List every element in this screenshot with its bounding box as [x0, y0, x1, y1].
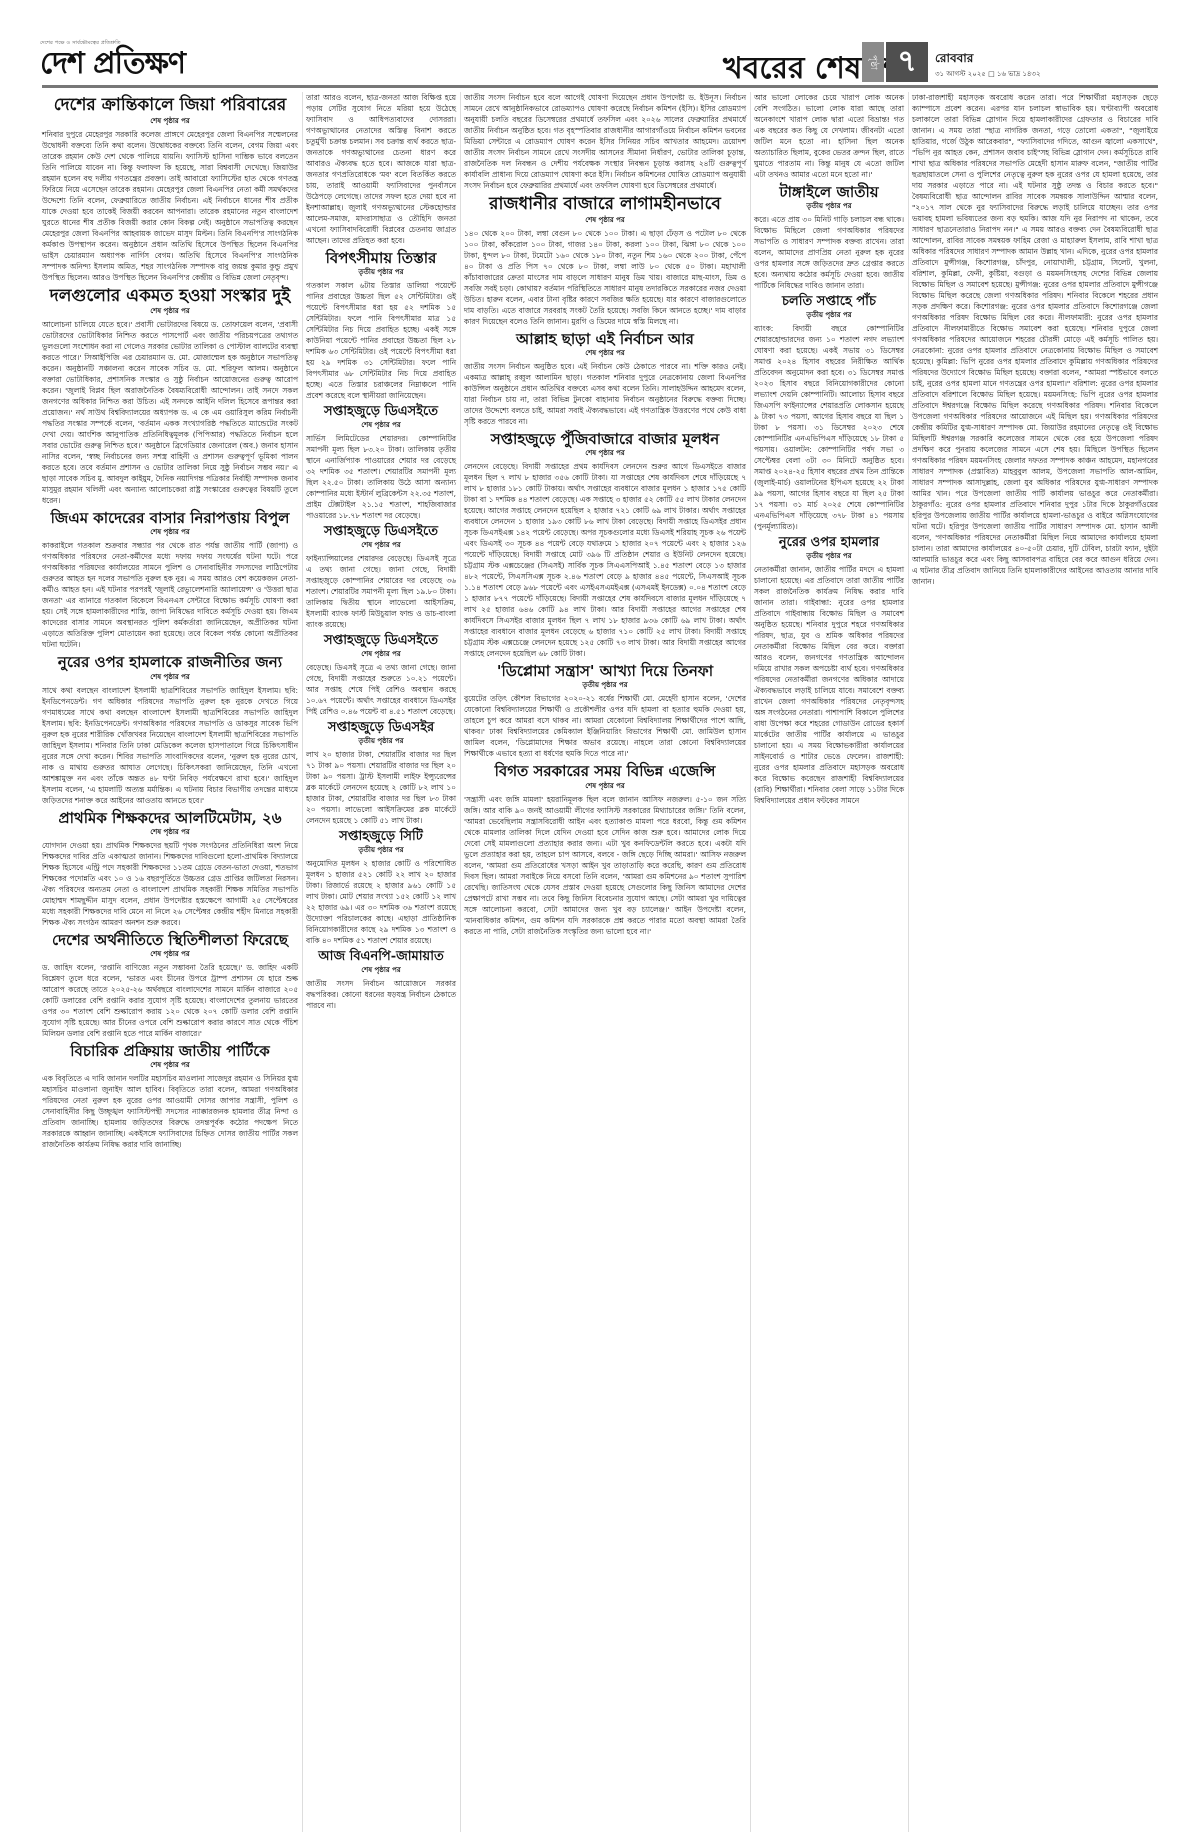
headline: সপ্তাহজুড়ে পুঁজিবাজারে বাজার মূলধন [464, 431, 746, 448]
article-body: গতকাল সকাল ৬টায় তিস্তার ডালিয়া পয়েন্ট… [306, 280, 456, 401]
continued-from: শেষ পৃষ্ঠার পর [42, 306, 298, 317]
article-diploma-terror[interactable]: 'ডিপ্লোমা সন্ত্রাস' আখ্যা দিয়ে তিনফা তৃ… [464, 663, 746, 759]
article-body: লাখ ২০ হাজার টাকা, শেয়ারটির বাজার দর ছি… [306, 749, 456, 826]
article-body: তারা আরও বলেন, ছাত্র-জনতা আজ বিক্ষিপ্ত হ… [306, 92, 456, 246]
article-economy-stability[interactable]: দেশের অর্থনীতিতে স্থিতিশীলতা ফিরেছে শেষ … [42, 932, 298, 1039]
article-body: লেনদেন বেড়েছে। বিদায়ী সপ্তাহের প্রথম ক… [464, 461, 746, 659]
continued-from: শেষ পৃষ্ঠার পর [42, 1060, 298, 1071]
article-body: কাকরাইলে গতকাল শুক্রবার সন্ধ্যার পর থেকে… [42, 540, 298, 650]
continued-from: তৃতীয় পৃষ্ঠার পর [754, 201, 904, 212]
article-body: নেতাকর্মীরা জানান, জাতীয় পার্টির মদদে এ… [754, 564, 904, 806]
article-dse-week-3[interactable]: সপ্তাহজুড়ে ডিএসইতে শেষ পৃষ্ঠার পর বেড়ে… [306, 634, 456, 717]
headline: টাঙ্গাইলে জাতীয় [754, 184, 904, 201]
article-nur-attack-protests[interactable]: নুরের ওপর হামলার তৃতীয় পৃষ্ঠার পর নেতাক… [754, 536, 904, 806]
headline: দলগুলোর একমত হওয়া সংস্কার দুই [42, 287, 298, 307]
issue-date: ৩১ আগস্ট ২০২৫ □ ১৬ ভাদ্র ১৪৩২ [935, 68, 1041, 80]
article-body: সার্ভিস লিমিটেডের শেয়ারদর। কোম্পানিটির … [306, 433, 456, 521]
column-1: দেশের ক্রান্তিকালে জিয়া পরিবারের শেষ পৃ… [42, 92, 298, 1151]
article-body: ব্যাংক: বিদায়ী বছরে কোম্পানিটির শেয়ারহ… [754, 323, 904, 532]
article-dse-week-4[interactable]: সপ্তাহজুড়ে ডিএসইর তৃতীয় পৃষ্ঠার পর লাখ… [306, 721, 456, 826]
article-bnp-jamaat-today[interactable]: আজ বিএনপি-জামায়াত শেষ পৃষ্ঠার পর জাতীয়… [306, 950, 456, 1011]
continued-from: তৃতীয় পৃষ্ঠার পর [306, 845, 456, 856]
article-body: আর ভালো লোকের চেয়ে খারাপ লোক অনেক বেশি … [754, 92, 904, 180]
article-body: সাথে কথা বলছেন বাংলাদেশ ইসলামী ছাত্রশিবি… [42, 685, 298, 806]
continued-from: শেষ পৃষ্ঠার পর [42, 827, 298, 838]
logo-text: দেশ প্রতিক্ষণ [40, 48, 185, 80]
article-teachers-ultimatum[interactable]: প্রাথমিক শিক্ষকদের আলটিমেটাম, ২৬ শেষ পৃষ… [42, 810, 298, 928]
headline: দেশের ক্রান্তিকালে জিয়া পরিবারের [42, 96, 298, 116]
continued-from: শেষ পৃষ্ঠার পর [42, 527, 298, 538]
headline: সপ্তাহজুড়ে সিটি [306, 830, 456, 845]
continued-from: শেষ পৃষ্ঠার পর [464, 348, 746, 359]
continued-from: শেষ পৃষ্ঠার পর [306, 649, 456, 660]
article-body: অনুমোদিত মূলধন ২ হাজার কোটি ও পরিশোধিত ম… [306, 858, 456, 946]
article-body: এক বিবৃতিতে এ দাবি জানান দলটির মহাসচিব ম… [42, 1073, 298, 1150]
headline: চলতি সপ্তাহে পাঁচ [754, 295, 904, 310]
article-body: 'সন্ত্রাসী এবং জঙ্গি মামলা' হয়রানিমূলক … [464, 794, 746, 937]
page-label: পৃষ্ঠা [862, 42, 884, 82]
continued-from: শেষ পৃষ্ঠার পর [464, 448, 746, 459]
column-divider [908, 92, 909, 1832]
article-body: বুয়েটের তড়িৎ কৌশল বিভাগের ২০২০-২১ বর্ষ… [464, 693, 746, 759]
headline: নুরের ওপর হামলাকে রাজনীতির জন্য [42, 654, 298, 671]
column-divider [460, 92, 461, 1832]
article-gm-quader-security[interactable]: জিএম কাদেরের বাসার নিরাপত্তায় বিপুল শেষ… [42, 510, 298, 650]
article-capital-market-prices[interactable]: রাজধানীর বাজারে লাগামহীনভাবে শেষ পৃষ্ঠার… [464, 195, 746, 327]
article-zia-family[interactable]: দেশের ক্রান্তিকালে জিয়া পরিবারের শেষ পৃ… [42, 96, 298, 283]
article-dse-week-1[interactable]: সপ্তাহজুড়ে ডিএসইতে শেষ পৃষ্ঠার পর সার্ভ… [306, 405, 456, 521]
column-3: জাতীয় সংসদ নির্বাচন হবে বলে আগেই ঘোষণা … [464, 92, 746, 938]
issue-day: রোববার [935, 50, 973, 70]
article-previous-govt-agencies[interactable]: বিগত সরকারের সময় বিভিন্ন এজেন্সি শেষ পৃ… [464, 763, 746, 936]
article-body: জাতীয় সংসদ নির্বাচন হবে বলে আগেই ঘোষণা … [464, 92, 746, 191]
continued-from: শেষ পৃষ্ঠার পর [464, 215, 746, 226]
column-2: তারা আরও বলেন, ছাত্র-জনতা আজ বিক্ষিপ্ত হ… [306, 92, 456, 1012]
article-body: শনিবার দুপুরে মেহেরপুর সরকারি কলেজ প্রাঙ… [42, 129, 298, 283]
continued-from: শেষ পৃষ্ঠার পর [464, 781, 746, 792]
headline: দেশের অর্থনীতিতে স্থিতিশীলতা ফিরেছে [42, 932, 298, 949]
article-this-week-five[interactable]: চলতি সপ্তাহে পাঁচ তৃতীয় পৃষ্ঠার পর ব্যা… [754, 295, 904, 532]
headline: বিপৎসীমায় তিস্তার [306, 250, 456, 267]
masthead-rule [42, 85, 1158, 88]
article-dse-week-2[interactable]: সপ্তাহজুড়ে ডিএসইতে শেষ পৃষ্ঠার পর ফাইন্… [306, 525, 456, 630]
column-5: ঢাকা-রাজশাহী মহাসড়ক অবরোধ করেন তারা। পর… [912, 92, 1158, 588]
continued-from: তৃতীয় পৃষ্ঠার পর [306, 267, 456, 278]
newspaper-logo[interactable]: দেশের পক্ষে ও সার্বভৌমত্বের প্রতিশ্রুতি … [40, 40, 185, 80]
continued-from: শেষ পৃষ্ঠার পর [42, 116, 298, 127]
continued-from: তৃতীয় পৃষ্ঠার পর [464, 680, 746, 691]
headline: আজ বিএনপি-জামায়াত [306, 950, 456, 965]
headline: সপ্তাহজুড়ে ডিএসইর [306, 721, 456, 736]
masthead: দেশের পক্ষে ও সার্বভৌমত্বের প্রতিশ্রুতি … [0, 0, 1200, 92]
continued-from: শেষ পৃষ্ঠার পর [306, 420, 456, 431]
article-body: জাতীয় সংসদ নির্বাচন আয়োজনে সরকার বদ্ধপ… [306, 978, 456, 1011]
headline: জিএম কাদেরের বাসার নিরাপত্তায় বিপুল [42, 510, 298, 527]
article-teesta-danger[interactable]: বিপৎসীমায় তিস্তার তৃতীয় পৃষ্ঠার পর গতক… [306, 250, 456, 401]
headline: রাজধানীর বাজারে লাগামহীনভাবে [464, 195, 746, 215]
headline: বিগত সরকারের সময় বিভিন্ন এজেন্সি [464, 763, 746, 780]
article-body: যোগদান দেওয়া হয়। প্রাথমিক শিক্ষকদের ছয… [42, 840, 298, 928]
article-allah-election[interactable]: আল্লাহ ছাড়া এই নির্বাচন আর শেষ পৃষ্ঠার … [464, 331, 746, 427]
article-nur-protests-continued[interactable]: ঢাকা-রাজশাহী মহাসড়ক অবরোধ করেন তারা। পর… [912, 92, 1158, 587]
article-stock-market-cap[interactable]: সপ্তাহজুড়ে পুঁজিবাজারে বাজার মূলধন শেষ … [464, 431, 746, 659]
continued-from: তৃতীয় পৃষ্ঠার পর [754, 551, 904, 562]
article-body: ফাইন্যান্সিয়ালের শেয়ারদর বেড়েছে। ডিএস… [306, 553, 456, 630]
headline: সপ্তাহজুড়ে ডিএসইতে [306, 405, 456, 420]
continued-from: তৃতীয় পৃষ্ঠার পর [754, 310, 904, 321]
article-reform-consensus[interactable]: দলগুলোর একমত হওয়া সংস্কার দুই শেষ পৃষ্ঠ… [42, 287, 298, 507]
headline: নুরের ওপর হামলার [754, 536, 904, 551]
headline: 'ডিপ্লোমা সন্ত্রাস' আখ্যা দিয়ে তিনফা [464, 663, 746, 680]
article-body: করে। এতে প্রায় ৩০ মিনিট গাড়ি চলাচল বন্… [754, 214, 904, 291]
article-body: ঢাকা-রাজশাহী মহাসড়ক অবরোধ করেন তারা। পর… [912, 92, 1158, 587]
article-jatiya-party-trial[interactable]: বিচারিক প্রক্রিয়ায় জাতীয় পার্টিকে শেষ… [42, 1043, 298, 1150]
article-city-bank-week[interactable]: সপ্তাহজুড়ে সিটি তৃতীয় পৃষ্ঠার পর অনুমো… [306, 830, 456, 946]
headline: সপ্তাহজুড়ে ডিএসইতে [306, 525, 456, 540]
article-tangail-jatiya[interactable]: টাঙ্গাইলে জাতীয় তৃতীয় পৃষ্ঠার পর করে। … [754, 184, 904, 291]
article-continuation[interactable]: তারা আরও বলেন, ছাত্র-জনতা আজ বিক্ষিপ্ত হ… [306, 92, 456, 246]
headline: সপ্তাহজুড়ে ডিএসইতে [306, 634, 456, 649]
article-body: আলোচনা চালিয়ে যেতে হবে।' প্রবাসী ভোটারদ… [42, 319, 298, 506]
column-divider [302, 92, 303, 1832]
article-body: ড. জাহিদ বলেন, 'রপ্তানি বাণিজ্যে নতুন সম… [42, 962, 298, 1039]
page-number: ৭ [886, 42, 928, 82]
column-divider [750, 92, 751, 1832]
continued-from: তৃতীয় পৃষ্ঠার পর [306, 736, 456, 747]
headline: প্রাথমিক শিক্ষকদের আলটিমেটাম, ২৬ [42, 810, 298, 827]
continued-from: শেষ পৃষ্ঠার পর [306, 540, 456, 551]
article-continuation[interactable]: আর ভালো লোকের চেয়ে খারাপ লোক অনেক বেশি … [754, 92, 904, 180]
article-body: জাতীয় সংসদ নির্বাচন অনুষ্ঠিত হবে। এই নি… [464, 361, 746, 427]
article-nur-attack-politics[interactable]: নুরের ওপর হামলাকে রাজনীতির জন্য শেষ পৃষ্… [42, 654, 298, 805]
headline: বিচারিক প্রক্রিয়ায় জাতীয় পার্টিকে [42, 1043, 298, 1060]
continued-from: শেষ পৃষ্ঠার পর [306, 965, 456, 976]
article-body: ১৪০ থেকে ২০০ টাকা, লম্বা বেগুন ৮০ থেকে ১… [464, 228, 746, 327]
article-election-roadmap[interactable]: জাতীয় সংসদ নির্বাচন হবে বলে আগেই ঘোষণা … [464, 92, 746, 191]
column-4: আর ভালো লোকের চেয়ে খারাপ লোক অনেক বেশি … [754, 92, 904, 807]
headline: আল্লাহ ছাড়া এই নির্বাচন আর [464, 331, 746, 348]
article-body: বেড়েছে। ডিএসই সূত্রে এ তথ্য জানা গেছে। … [306, 662, 456, 717]
continued-from: শেষ পৃষ্ঠার পর [42, 672, 298, 683]
continued-from: শেষ পৃষ্ঠার পর [42, 949, 298, 960]
